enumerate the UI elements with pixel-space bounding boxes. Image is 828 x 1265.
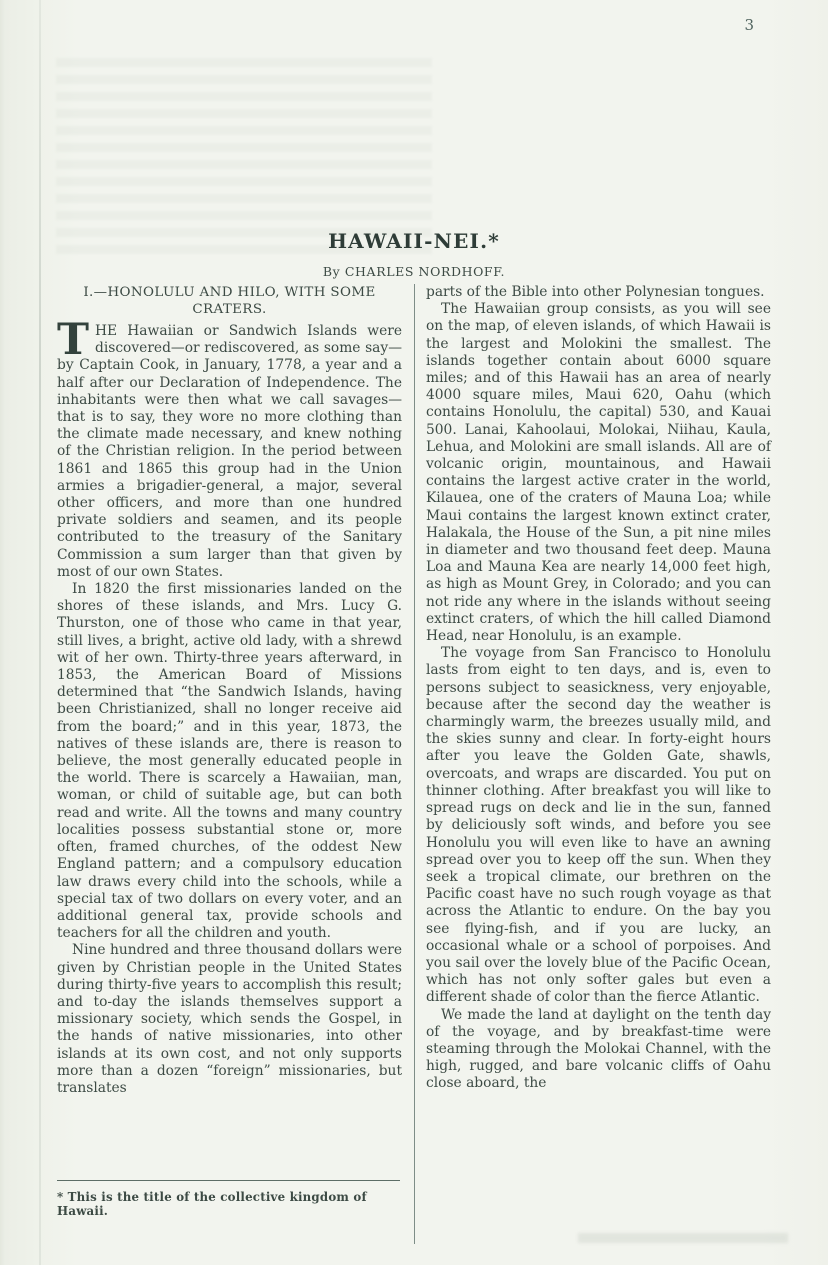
ink-bleed-through-artifact [56,58,432,254]
article-byline: By CHARLES NORDHOFF. [0,264,828,279]
left-column: I.—HONOLULU AND HILO, WITH SOME CRATERS.… [57,284,402,1244]
paragraph-text: HE Hawaiian or Sandwich Islands were dis… [57,323,402,580]
paragraph-dropcap: THE Hawaiian or Sandwich Islands were di… [57,323,402,581]
column-rule [414,284,415,1244]
scanned-page: 3 HAWAII-NEI.* By CHARLES NORDHOFF. I.—H… [0,0,828,1265]
footnote-rule [57,1180,400,1181]
footnote-text: * This is the title of the collective ki… [57,1190,402,1218]
paragraph: The Hawaiian group consists, as you will… [426,301,771,645]
paragraph: We made the land at daylight on the tent… [426,1007,771,1093]
page-number: 3 [744,16,754,34]
article-title: HAWAII-NEI.* [0,229,828,253]
two-column-text-area: I.—HONOLULU AND HILO, WITH SOME CRATERS.… [57,284,771,1244]
section-heading: I.—HONOLULU AND HILO, WITH SOME CRATERS. [57,285,402,318]
paragraph: Nine hundred and three thousand dollars … [57,942,402,1097]
paragraph: In 1820 the first missionaries landed on… [57,581,402,942]
paragraph: The voyage from San Francisco to Honolul… [426,645,771,1006]
drop-cap-letter: T [57,323,95,357]
paragraph-continuation: parts of the Bible into other Polynesian… [426,284,771,301]
footnote-block: * This is the title of the collective ki… [57,1180,402,1244]
right-column: parts of the Bible into other Polynesian… [426,284,771,1244]
masthead: HAWAII-NEI.* By CHARLES NORDHOFF. [0,229,828,279]
